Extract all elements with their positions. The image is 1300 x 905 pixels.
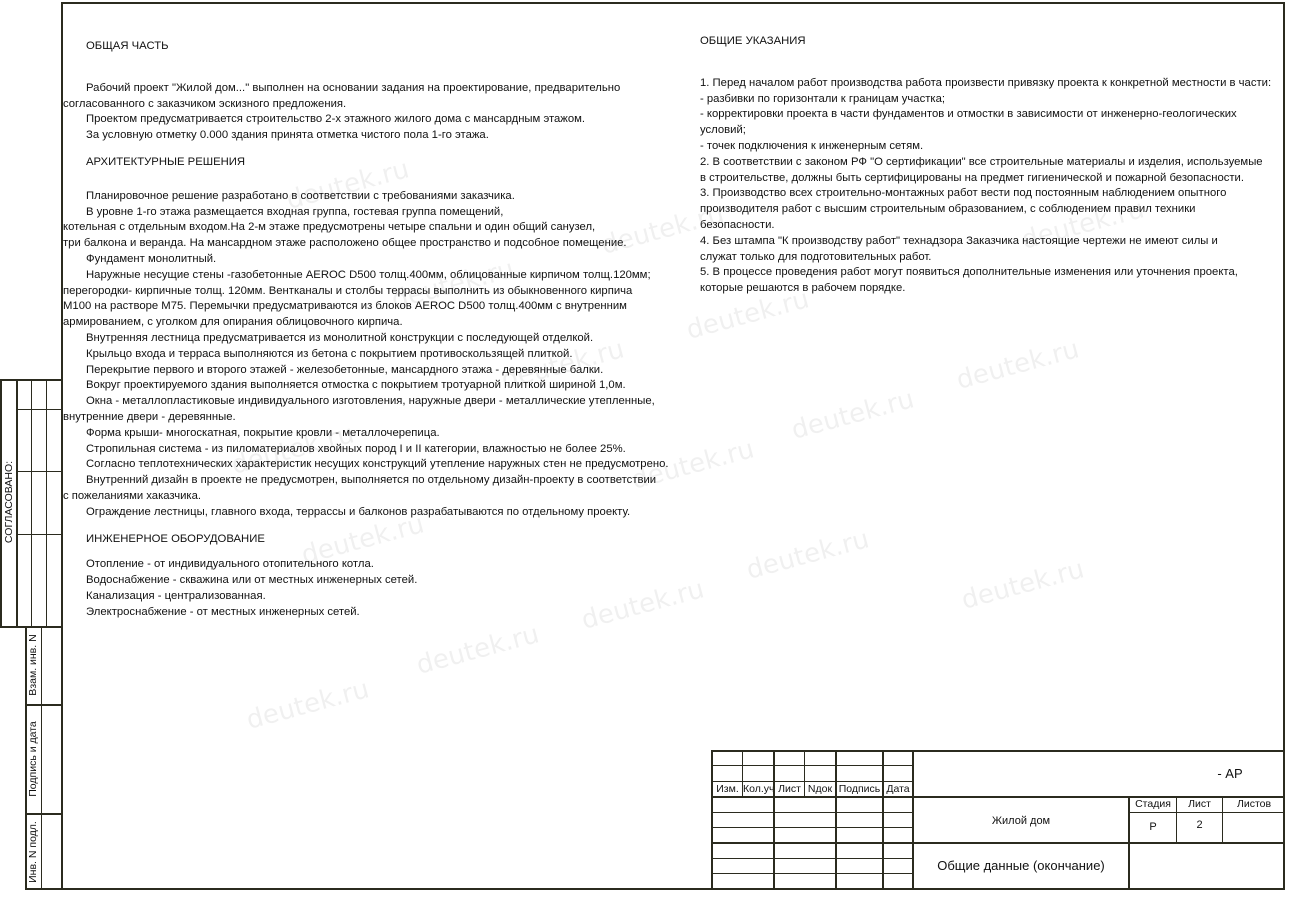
instruction-line: условий; (700, 123, 1271, 139)
paragraph-line: Внутренняя лестница предусматривается из… (63, 331, 669, 347)
instruction-line: 2. В соответствии с законом РФ "О сертиф… (700, 155, 1271, 171)
section-title: ОБЩАЯ ЧАСТЬ (63, 39, 669, 55)
instruction-line: 5. В процессе проведения работ могут поя… (700, 265, 1271, 281)
agreed-label: СОГЛАСОВАНО: (3, 452, 17, 552)
paragraph-line: Рабочий проект "Жилой дом..." выполнен н… (63, 81, 669, 97)
paragraph-line: армированием, с уголком для опирания обл… (63, 315, 669, 331)
paragraph-line: Ограждение лестницы, главного входа, тер… (63, 505, 669, 521)
section-title: ИНЖЕНЕРНОЕ ОБОРУДОВАНИЕ (63, 532, 669, 548)
paragraph-line: котельная с отдельным входом.На 2-м этаж… (63, 220, 669, 236)
stamp-header-cell: Кол.уч (743, 783, 773, 795)
general-instructions-title: ОБЩИЕ УКАЗАНИЯ (700, 34, 1271, 50)
general-instructions-list: 1. Перед началом работ производства рабо… (700, 76, 1271, 297)
stage-label: Стадия (1130, 798, 1176, 810)
stage-value: Р (1130, 821, 1176, 833)
paragraph-line: Отопление - от индивидуального отопитель… (63, 557, 669, 573)
paragraph-line: Перекрытие первого и второго этажей - же… (63, 363, 669, 379)
paragraph-line: Фундамент монолитный. (63, 252, 669, 268)
instruction-line: производителя работ с высшим строительны… (700, 202, 1271, 218)
paragraph-line: За условную отметку 0.000 здания принята… (63, 128, 669, 144)
right-column: ОБЩИЕ УКАЗАНИЯ 1. Перед началом работ пр… (700, 34, 1271, 297)
paragraph-line: Окна - металлопластиковые индивидуальног… (63, 394, 669, 410)
instruction-line: 1. Перед началом работ производства рабо… (700, 76, 1271, 92)
document-code: - АР (1190, 766, 1270, 781)
sign-date-label: Подпись и дата (27, 709, 41, 809)
section-title: АРХИТЕКТУРНЫЕ РЕШЕНИЯ (63, 155, 669, 171)
paragraph-line: Электроснабжение - от местных инженерных… (63, 605, 669, 621)
paragraph-line: Проектом предусматривается строительство… (63, 112, 669, 128)
instruction-line: в строительстве, должны быть сертифициро… (700, 171, 1271, 187)
instruction-line: - разбивки по горизонтали к границам уча… (700, 92, 1271, 108)
sheets-label: Листов (1223, 798, 1285, 810)
paragraph-line: внутренние двери - деревянные. (63, 410, 669, 426)
paragraph-line: Согласно теплотехнических характеристик … (63, 457, 669, 473)
stamp-header-cell: Лист (775, 783, 804, 795)
paragraph-line: Канализация - централизованная. (63, 589, 669, 605)
stamp-header-cell: Подпись (837, 783, 882, 795)
inv-orig-label: Инв. N подл. (27, 812, 41, 892)
instruction-line: безопасности. (700, 218, 1271, 234)
paragraph-line: Наружные несущие стены -газобетонные AER… (63, 268, 669, 284)
stamp-header-cell: Изм. (713, 783, 742, 795)
stamp-header-cell: Дата (884, 783, 912, 795)
instruction-line: - точек подключения к инженерным сетям. (700, 139, 1271, 155)
paragraph-line: три балкона и веранда. На мансардном эта… (63, 236, 669, 252)
paragraph-line: перегородки- кирпичные толщ. 120мм. Вент… (63, 284, 669, 300)
sheet-value: 2 (1177, 819, 1222, 831)
instruction-line: которые решаются в рабочем порядке. (700, 281, 1271, 297)
paragraph-line: Вокруг проектируемого здания выполняется… (63, 378, 669, 394)
paragraph-line: Внутренний дизайн в проекте не предусмот… (63, 473, 669, 489)
paragraph-line: М100 на растворе М75. Перемычки предусма… (63, 299, 669, 315)
instruction-line: - корректировки проекта в части фундамен… (700, 107, 1271, 123)
paragraph-line: Стропильная система - из пиломатериалов … (63, 442, 669, 458)
replace-inv-label: Взам. инв. N (27, 625, 41, 705)
paragraph-line: согласованного с заказчиком эскизного пр… (63, 97, 669, 113)
paragraph-line: Водоснабжение - скважина или от местных … (63, 573, 669, 589)
instruction-line: 4. Без штампа "К производству работ" тех… (700, 234, 1271, 250)
paragraph-line: Планировочное решение разработано в соот… (63, 189, 669, 205)
instruction-line: 3. Производство всех строительно-монтажн… (700, 186, 1271, 202)
paragraph-line: с пожеланиями хаказчика. (63, 489, 669, 505)
paragraph-line: Крыльцо входа и терраса выполняются из б… (63, 347, 669, 363)
instruction-line: служат только для подготовительных работ… (700, 250, 1271, 266)
sheet-label: Лист (1177, 798, 1222, 810)
paragraph-line: В уровне 1-го этажа размещается входная … (63, 205, 669, 221)
sheet-title: Общие данные (окончание) (914, 858, 1128, 873)
left-column: ОБЩАЯ ЧАСТЬРабочий проект "Жилой дом..."… (63, 39, 669, 621)
stamp-header-cell: Nдок (805, 783, 835, 795)
object-name: Жилой дом (914, 815, 1128, 827)
paragraph-line: Форма крыши- многоскатная, покрытие кров… (63, 426, 669, 442)
